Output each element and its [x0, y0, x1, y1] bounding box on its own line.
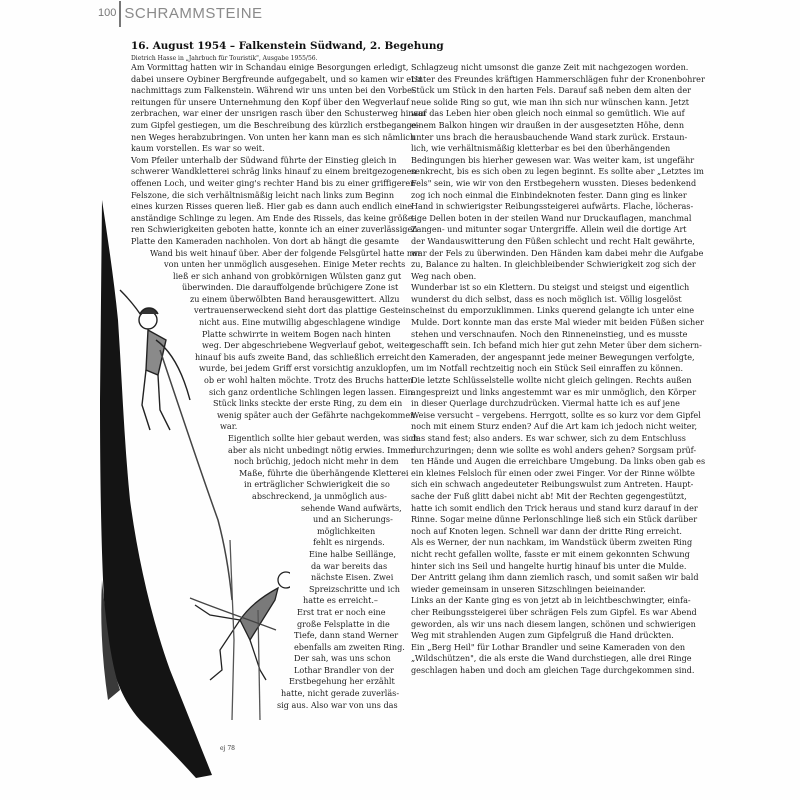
- text-line: fehlt es nirgends.: [131, 537, 411, 549]
- text-line: nicht aus. Eine mutwillig abgeschlagene …: [131, 317, 411, 329]
- text-line: zu, Balance zu halten. In gleichbleibend…: [411, 259, 701, 271]
- text-line: anständige Schlinge zu legen. Am Ende de…: [131, 213, 411, 225]
- text-line: möglichkeiten: [131, 526, 411, 538]
- text-line: kaum vorstellen. Es war so weit.: [131, 143, 411, 155]
- text-line: Bedingungen bis hierher gewesen war. Was…: [411, 155, 701, 167]
- text-line: Rinne. Sogar meine dünne Perlonschlinge …: [411, 514, 701, 526]
- text-line: ob er wohl halten möchte. Trotz des Bruc…: [131, 375, 411, 387]
- text-line: ren Schwierigkeiten geboten hatte, konnt…: [131, 224, 411, 236]
- text-line: und an Sicherungs-: [131, 514, 411, 526]
- text-line: Links an der Kante ging es von jetzt ab …: [411, 595, 701, 607]
- text-line: Schlagzeug nicht umsonst die ganze Zeit …: [411, 62, 701, 74]
- text-line: vertrauenserweckend sieht dort das platt…: [131, 305, 411, 317]
- text-line: war das Leben hier oben gleich noch einm…: [411, 108, 701, 120]
- text-line: schwerer Wandkletterei schräg links hina…: [131, 166, 411, 178]
- text-line: ten Hände und Augen die erreichbare Umge…: [411, 456, 701, 468]
- text-line: nachmittags zum Falkenstein. Während wir…: [131, 85, 411, 97]
- text-line: Zangen- und mitunter sogar Untergriffe. …: [411, 224, 701, 236]
- text-line: ebenfalls am zweiten Ring.: [131, 642, 411, 654]
- text-line: nen Weges herabzubringen. Von unten her …: [131, 132, 411, 144]
- text-line: noch brüchig, jedoch nicht mehr in dem: [131, 456, 411, 468]
- text-line: Als es Werner, der nun nachkam, im Wands…: [411, 537, 701, 549]
- text-line: zog ich noch einmal die Einbindeknoten f…: [411, 190, 701, 202]
- text-line: geschlagen haben und doch am gleichen Ta…: [411, 665, 701, 677]
- text-line: Platte schwirrte in weitem Bogen nach hi…: [131, 329, 411, 341]
- text-line: den Kameraden, der angespannt jede meine…: [411, 352, 701, 364]
- text-line: Mulde. Dort konnte man das erste Mal wie…: [411, 317, 701, 329]
- right-text-column: Schlagzeug nicht umsonst die ganze Zeit …: [411, 62, 701, 676]
- page-header: 100 SCHRAMMSTEINE: [98, 2, 263, 24]
- text-line: durchzuringen; denn wie sollte es wohl a…: [411, 445, 701, 457]
- text-line: der Wandauswitterung den Füßen schlecht …: [411, 236, 701, 248]
- text-line: zerbrachen, war einer der unsrigen rasch…: [131, 108, 411, 120]
- text-line: sig aus. Also war von uns das: [131, 700, 411, 712]
- text-line: überwinden. Die darauffolgende brüchiger…: [131, 282, 411, 294]
- text-line: Weg nach oben.: [411, 271, 701, 283]
- text-line: Felszone, die sich verhältnismäßig leich…: [131, 190, 411, 202]
- text-line: hinauf bis aufs zweite Band, das schließ…: [131, 352, 411, 364]
- article-source: Dietrich Hasse in „Jahrbuch für Touristi…: [131, 55, 318, 62]
- text-line: Lothar Brandler von der: [131, 665, 411, 677]
- text-line: Wand bis weit hinauf über. Aber der folg…: [131, 248, 411, 260]
- text-line: Die letzte Schlüsselstelle wollte nicht …: [411, 375, 701, 387]
- text-line: Eine halbe Seillänge,: [131, 549, 411, 561]
- text-line: scheinst du emporzuklimmen. Links queren…: [411, 305, 701, 317]
- text-line: Weise versucht – vergebens. Herrgott, so…: [411, 410, 701, 422]
- text-line: aber als nicht unbedingt nötig erwies. I…: [131, 445, 411, 457]
- text-line: ließ er sich anhand von grobkörnigen Wül…: [131, 271, 411, 283]
- text-line: sich ein schwach angedeuteter Reibungswu…: [411, 479, 701, 491]
- text-line: hatte, nicht gerade zuverläs-: [131, 688, 411, 700]
- text-line: einem Balkon hingen wir draußen in der a…: [411, 120, 701, 132]
- text-line: in erträglicher Schwierigkeit die so: [131, 479, 411, 491]
- text-line: eines kurzen Risses queren ließ. Hier ga…: [131, 201, 411, 213]
- text-line: tige Dellen boten in der steilen Wand nu…: [411, 213, 701, 225]
- text-line: cher Reibungssteigerei über schrägen Fel…: [411, 607, 701, 619]
- text-line: Weg mit strahlenden Augen zum Gipfelgruß…: [411, 630, 701, 642]
- text-line: nächste Eisen. Zwei: [131, 572, 411, 584]
- text-line: geschafft sein. Ich befand mich hier gut…: [411, 340, 701, 352]
- text-line: unter uns brach die herausbauchende Wand…: [411, 132, 701, 144]
- text-line: Maße, führte die überhängende Kletterei: [131, 468, 411, 480]
- text-line: abschreckend, ja unmöglich aus-: [131, 491, 411, 503]
- text-line: Hand in schwierigster Reibungssteigerei …: [411, 201, 701, 213]
- text-line: nicht recht gefallen wollte, fasste er m…: [411, 549, 701, 561]
- text-line: noch mit einem Sturz enden? Auf die Art …: [411, 421, 701, 433]
- running-head: SCHRAMMSTEINE: [121, 5, 262, 22]
- text-line: hatte es erreicht.–: [131, 595, 411, 607]
- text-line: senkrecht, bis es sich oben zu legen beg…: [411, 166, 701, 178]
- text-line: angespreizt und links angestemmt war es …: [411, 387, 701, 399]
- text-line: Ein „Berg Heil" für Lothar Brandler und …: [411, 642, 701, 654]
- text-line: Spreizschritte und ich: [131, 584, 411, 596]
- text-line: Eigentlich sollte hier gebaut werden, wa…: [131, 433, 411, 445]
- text-line: noch auf Knoten legen. Schnell war dann …: [411, 526, 701, 538]
- text-line: das stand fest; also anders. Es war schw…: [411, 433, 701, 445]
- text-line: Am Vormittag hatten wir in Schandau eini…: [131, 62, 411, 74]
- text-line: dabei unsere Oybiner Bergfreunde aufgega…: [131, 74, 411, 86]
- text-line: Stück links steckte der erste Ring, zu d…: [131, 398, 411, 410]
- text-line: wurde, bei jedem Griff erst vorsichtig a…: [131, 363, 411, 375]
- text-line: sache der Fuß glitt dabei nicht ab! Mit …: [411, 491, 701, 503]
- text-line: zum Gipfel gestiegen, um die Beschreibun…: [131, 120, 411, 132]
- text-line: Platte den Kameraden nachholen. Von dort…: [131, 236, 411, 248]
- text-line: Tiefe, dann stand Werner: [131, 630, 411, 642]
- text-line: geworden, als wir uns nach diesem langen…: [411, 619, 701, 631]
- text-line: Stück um Stück in den harten Fels. Darau…: [411, 85, 701, 97]
- illustration-signature: ej 78: [220, 745, 235, 752]
- text-line: hatte ich somit endlich den Trick heraus…: [411, 503, 701, 515]
- article-title: 16. August 1954 – Falkenstein Südwand, 2…: [131, 40, 444, 52]
- text-line: hinter sich ins Seil und hangelte hurtig…: [411, 561, 701, 573]
- text-line: weg. Der abgeschriebene Wegverlauf gebot…: [131, 340, 411, 352]
- text-line: sehende Wand aufwärts,: [131, 503, 411, 515]
- text-line: zu einem überwölbten Band herausgewitter…: [131, 294, 411, 306]
- text-line: Fels" sein, wie wir von den Erstbegehern…: [411, 178, 701, 190]
- page-number: 100: [98, 7, 119, 19]
- text-line: stehen und verschnaufen. Noch den Rinnen…: [411, 329, 701, 341]
- text-line: Wunderbar ist so ein Klettern. Du steigs…: [411, 282, 701, 294]
- text-line: offenen Loch, und weiter ging's rechter …: [131, 178, 411, 190]
- text-line: Der Antritt gelang ihm dann ziemlich ras…: [411, 572, 701, 584]
- text-line: da war bereits das: [131, 561, 411, 573]
- text-line: Der sah, was uns schon: [131, 653, 411, 665]
- left-text-column: Am Vormittag hatten wir in Schandau eini…: [131, 62, 411, 711]
- text-line: wieder gemeinsam in unseren Sitzschlinge…: [411, 584, 701, 596]
- text-line: Vom Pfeiler unterhalb der Südwand führte…: [131, 155, 411, 167]
- text-line: ein kleines Felsloch für einen oder zwei…: [411, 468, 701, 480]
- text-line: reitungen für unsere Unternehmung den Ko…: [131, 97, 411, 109]
- text-line: wunderst du dich selbst, dass es noch mö…: [411, 294, 701, 306]
- text-line: große Felsplatte in die: [131, 619, 411, 631]
- text-line: Unter des Freundes kräftigen Hammerschlä…: [411, 74, 701, 86]
- text-line: war der Fels zu überwinden. Den Händen k…: [411, 248, 701, 260]
- text-line: Erstbegehung her erzählt: [131, 676, 411, 688]
- text-line: Erst trat er noch eine: [131, 607, 411, 619]
- text-line: in dieser Querlage durchzudrücken. Vierm…: [411, 398, 701, 410]
- text-line: sich ganz ordentliche Schlingen legen la…: [131, 387, 411, 399]
- text-line: um im Notfall rechtzeitig noch ein Stück…: [411, 363, 701, 375]
- book-page: 100 SCHRAMMSTEINE 16. August 1954 – Falk…: [0, 0, 800, 800]
- text-line: neue solide Ring so gut, wie man ihn sic…: [411, 97, 701, 109]
- text-line: wenig später auch der Gefährte nachgekom…: [131, 410, 411, 422]
- text-line: war.: [131, 421, 411, 433]
- text-line: „Wildschützen", die als erste die Wand d…: [411, 653, 701, 665]
- text-line: von unten her unmöglich ausgesehen. Eini…: [131, 259, 411, 271]
- text-line: lich, wie verhältnismäßig kletterbar es …: [411, 143, 701, 155]
